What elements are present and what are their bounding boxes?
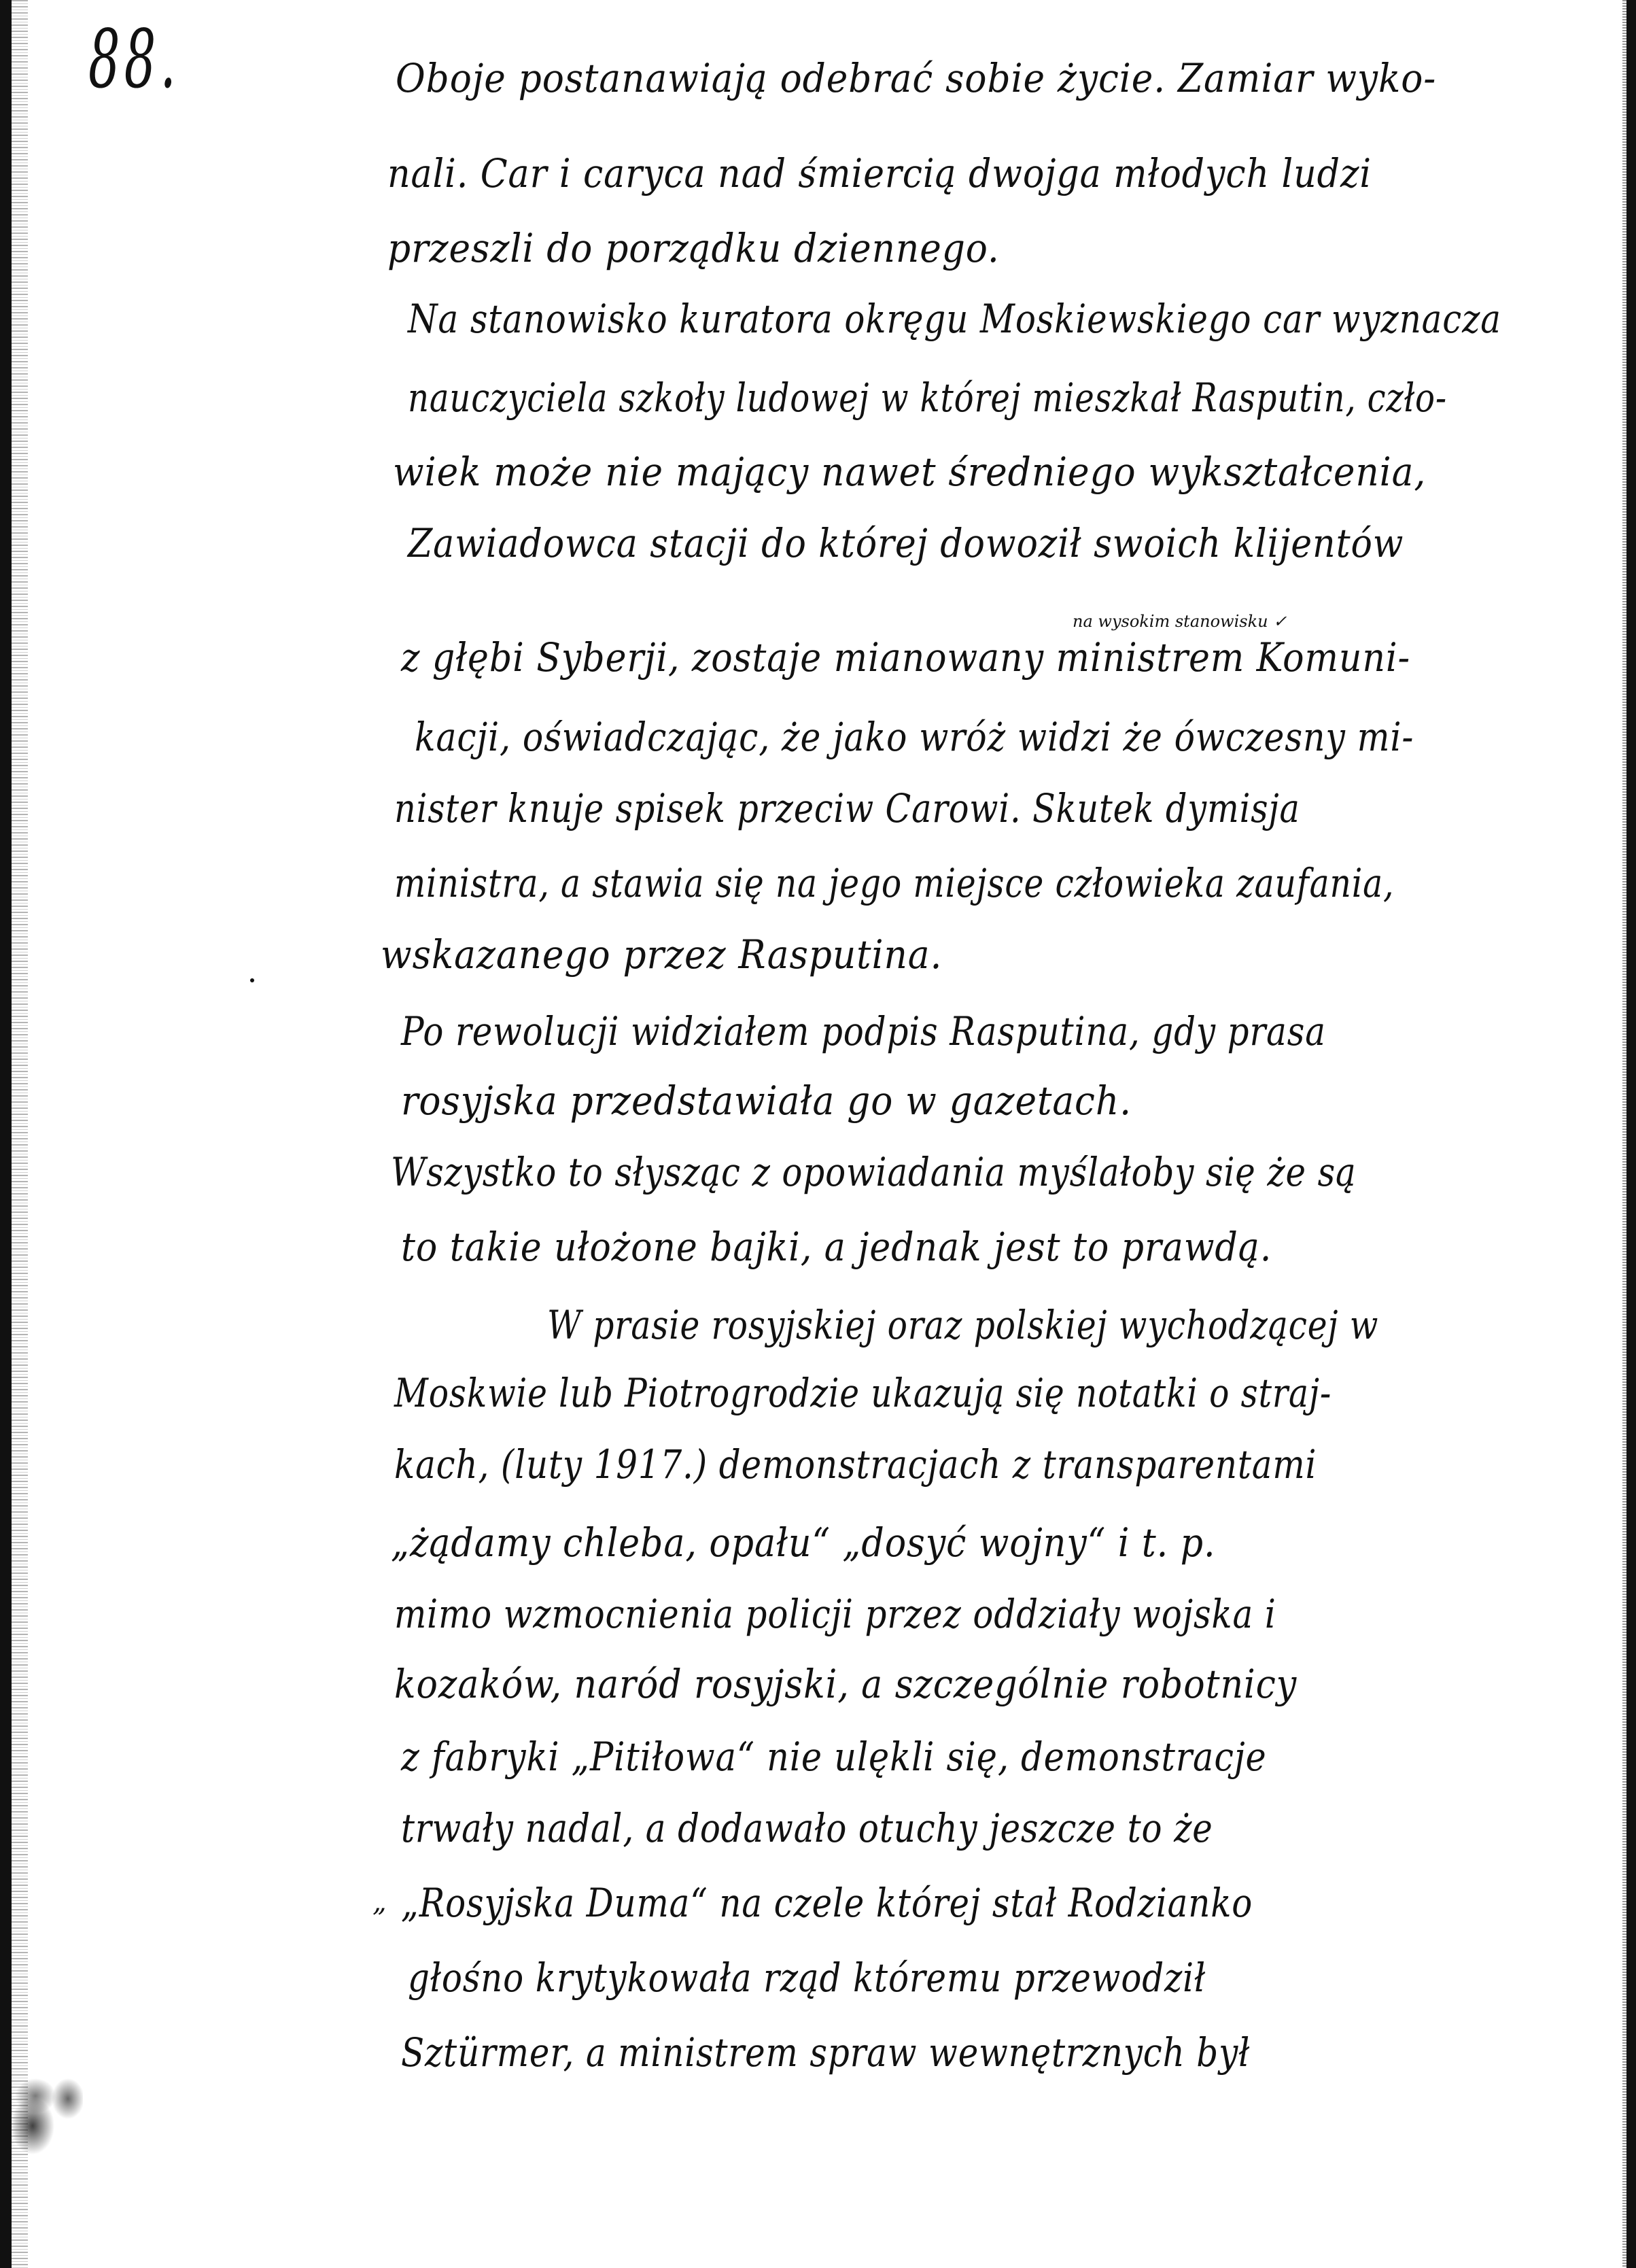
text-line-26: głośno krytykowała rząd któremu przewodz… <box>408 1958 1206 1997</box>
scan-border-left-noise <box>12 0 28 2268</box>
text-line-21: mimo wzmocnienia policji przez oddziały … <box>394 1594 1276 1634</box>
text-line-24: trwały nadal, a dodawało otuchy jeszcze … <box>401 1808 1213 1848</box>
text-line-13: Po rewolucji widziałem podpis Rasputina,… <box>401 1012 1326 1051</box>
manuscript-page: 88. Oboje postanawiają odebrać sobie życ… <box>0 0 1636 2268</box>
page-number: 88. <box>88 19 180 99</box>
scan-border-right-noise <box>1622 0 1626 2268</box>
text-line-12: wskazanego przez Rasputina. <box>381 935 942 974</box>
text-line-15: Wszystko to słysząc z opowiadania myślał… <box>391 1152 1357 1192</box>
margin-opening-quote: „ <box>372 1887 387 1918</box>
text-line-2: nali. Car i caryca nad śmiercią dwojga m… <box>387 154 1372 193</box>
text-line-20: „żądamy chleba, opału“ „dosyć wojny“ i t… <box>391 1523 1215 1562</box>
text-line-23: z fabryki „Pitiłowa“ nie ulękli się, dem… <box>401 1737 1267 1776</box>
text-line-9: kacji, oświadczając, że jako wróż widzi … <box>415 717 1414 757</box>
text-line-1: Oboje postanawiają odebrać sobie życie. … <box>396 58 1436 98</box>
text-line-14: rosyjska przedstawiała go w gazetach. <box>401 1081 1132 1120</box>
text-line-7: Zawiadowca stacji do której dowoził swoi… <box>408 523 1404 563</box>
scan-border-left <box>0 0 12 2268</box>
text-line-17-paragraph-start: W prasie rosyjskiej oraz polskiej wychod… <box>547 1305 1378 1345</box>
text-line-19: kach, (luty 1917.) demonstracjach z tran… <box>394 1445 1317 1484</box>
text-line-18: Moskwie lub Piotrogrodzie ukazują się no… <box>394 1373 1332 1413</box>
text-line-27: Sztürmer, a ministrem spraw wewnętrznych… <box>401 2033 1250 2072</box>
ink-blot-stain <box>8 2077 83 2155</box>
stray-ink-dot <box>250 978 254 982</box>
text-line-8: z głębi Syberji, zostaje mianowany minis… <box>401 638 1410 677</box>
text-line-11: ministra, a stawia się na jego miejsce c… <box>394 863 1394 903</box>
text-line-5: nauczyciela szkoły ludowej w której mies… <box>408 378 1447 417</box>
text-line-22: kozaków, naród rosyjski, a szczególnie r… <box>394 1664 1297 1704</box>
interlinear-insertion: na wysokim stanowisku ✓ <box>1073 612 1287 631</box>
scan-border-right <box>1626 0 1636 2268</box>
text-line-4: Na stanowisko kuratora okręgu Moskiewski… <box>408 299 1501 339</box>
text-line-10: nister knuje spisek przeciw Carowi. Skut… <box>394 789 1300 828</box>
text-line-16: to takie ułożone bajki, a jednak jest to… <box>401 1227 1272 1267</box>
text-line-3: przeszli do porządku dziennego. <box>387 228 1000 268</box>
text-line-25: „Rosyjska Duma“ na czele której stał Rod… <box>401 1883 1253 1923</box>
text-line-6: wiek może nie mający nawet średniego wyk… <box>393 452 1426 492</box>
